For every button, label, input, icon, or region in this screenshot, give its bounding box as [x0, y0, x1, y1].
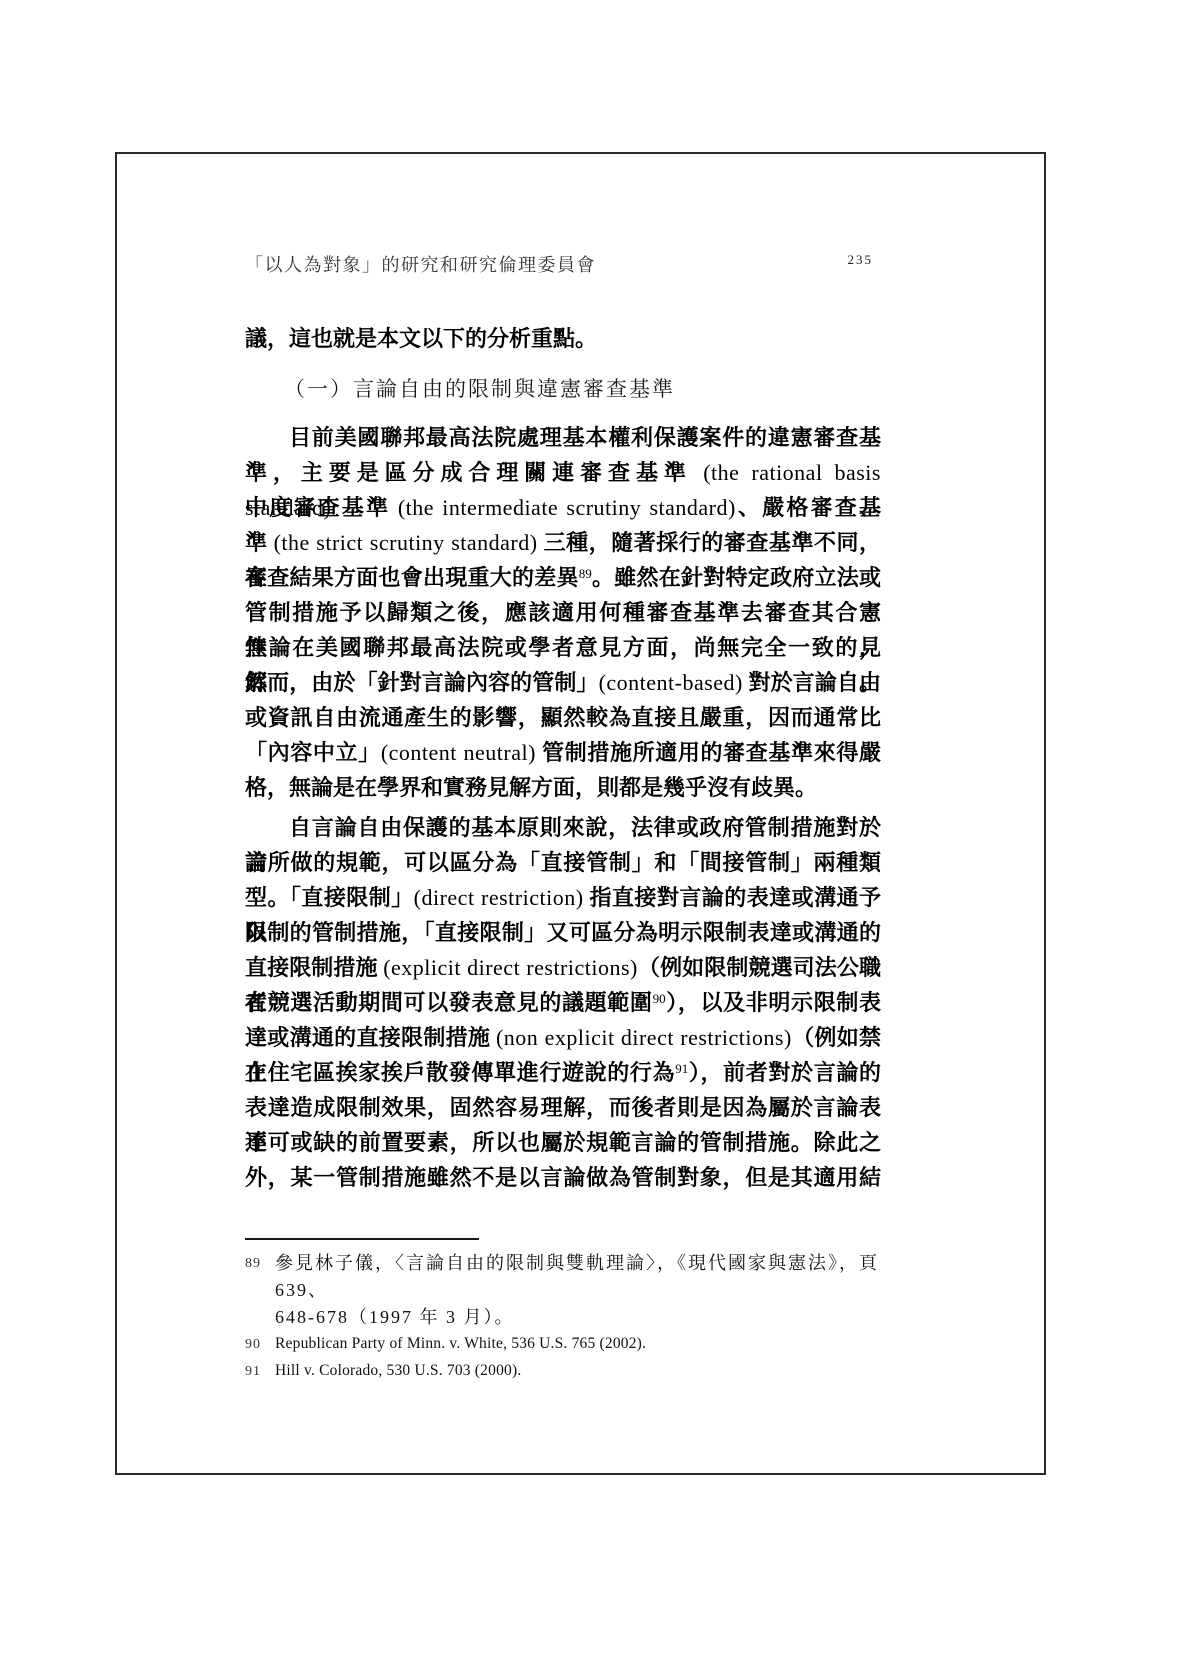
cjk-text-segment: 管制措施所適用的審查基準來得嚴 [536, 740, 881, 765]
text-line: 格，無論是在學界和實務見解方面，則都是幾乎沒有歧異。 [245, 770, 881, 805]
cjk-text-segment: 在住宅區挨家挨戶散發傳單進行遊說的行為 [245, 1060, 675, 1085]
cjk-text-segment: 然而，由於「針對言論內容的管制」 [245, 670, 599, 695]
text-line: 管制措施予以歸類之後，應該適用何種審查基準去審查其合憲性， [245, 595, 881, 630]
text-line: 直接限制措施 (explicit direct restrictions)（例如… [245, 950, 881, 985]
paragraph-2: 自言論自由保護的基本原則來說，法律或政府管制措施對於言論所做的規範，可以區分為「… [245, 810, 881, 1195]
paragraph-1: 目前美國聯邦最高法院處理基本權利保護案件的違憲審查基準，主要是區分成合理關連審查… [245, 420, 881, 805]
latin-text-segment: (content-based) [599, 670, 743, 695]
text-line: 目前美國聯邦最高法院處理基本權利保護案件的違憲審查基 [245, 420, 881, 455]
text-line: 或資訊自由流通產生的影響，顯然較為直接且嚴重，因而通常比 [245, 700, 881, 735]
latin-text-segment: (explicit direct restrictions) [383, 955, 638, 980]
cjk-text-segment: ），前者對於言論的 [688, 1060, 881, 1085]
cjk-text-segment: 對於言論自由 [743, 670, 881, 695]
latin-text-segment: (non explicit direct restrictions) [496, 1025, 792, 1050]
text-line: 然而，由於「針對言論內容的管制」(content-based) 對於言論自由 [245, 665, 881, 700]
running-header: 「以人為對象」的研究和研究倫理委員會 235 [245, 251, 881, 277]
cjk-text-segment: 論所做的規範，可以區分為「直接管制」和「間接管制」兩種類 [245, 850, 881, 875]
footnote-text: 參見林子儀，〈言論自由的限制與雙軌理論〉，《現代國家與憲法》，頁 639、648… [275, 1250, 895, 1331]
section-heading: （一）言論自由的限制與違憲審查基準 [284, 372, 884, 406]
footnote-line: 參見林子儀，〈言論自由的限制與雙軌理論〉，《現代國家與憲法》，頁 639、 [275, 1250, 895, 1304]
text-line: 「內容中立」(content neutral) 管制措施所適用的審查基準來得嚴 [245, 735, 881, 770]
cjk-text-segment: 目前美國聯邦最高法院處理基本權利保護案件的違憲審查基 [289, 425, 881, 450]
text-line: 在住宅區挨家挨戶散發傳單進行遊說的行為91），前者對於言論的 [245, 1055, 881, 1090]
cjk-text-segment: ），以及非明示限制表 [666, 990, 881, 1015]
text-line: 無論在美國聯邦最高法院或學者意見方面，尚無完全一致的見解。 [245, 630, 881, 665]
cjk-text-segment: 準 [245, 530, 274, 555]
footnote-marker: 91 [245, 1358, 275, 1385]
cjk-text-segment: 達或溝通的直接限制措施 [245, 1025, 496, 1050]
page-number: 235 [848, 252, 874, 268]
cjk-text-segment: 直接限制措施 [245, 955, 383, 980]
text-line: 外，某一管制措施雖然不是以言論做為管制對象，但是其適用結 [245, 1160, 881, 1195]
latin-text-segment: (the strict scrutiny standard) [274, 530, 538, 555]
cjk-text-segment: 型。「直接限制」 [245, 885, 414, 910]
footnote-item: 89參見林子儀，〈言論自由的限制與雙軌理論〉，《現代國家與憲法》，頁 639、6… [245, 1250, 895, 1331]
footnote-ref: 90 [653, 991, 666, 1006]
text-line: 審查結果方面也會出現重大的差異89。雖然在針對特定政府立法或 [245, 560, 881, 595]
cjk-text-segment: 外，某一管制措施雖然不是以言論做為管制對象，但是其適用結 [245, 1165, 881, 1190]
cjk-text-segment: 、嚴格審查基 [736, 495, 881, 520]
text-line: 準，主要是區分成合理關連審查基準 (the rational basis sta… [245, 455, 881, 490]
text-line: 限制的管制措施，「直接限制」又可區分為明示限制表達或溝通的 [245, 915, 881, 950]
footnote-ref: 89 [579, 566, 592, 581]
cjk-text-segment: 「內容中立」 [245, 740, 381, 765]
footnote-line: Republican Party of Minn. v. White, 536 … [275, 1331, 895, 1356]
opening-paragraph-line: 議，這也就是本文以下的分析重點。 [245, 321, 881, 356]
footnote-item: 91Hill v. Colorado, 530 U.S. 703 (2000). [245, 1358, 895, 1385]
latin-text-segment: (content neutral) [381, 740, 536, 765]
cjk-text-segment: 或資訊自由流通產生的影響，顯然較為直接且嚴重，因而通常比 [245, 705, 881, 730]
cjk-text-segment: 限制的管制措施，「直接限制」又可區分為明示限制表達或溝通的 [245, 920, 881, 945]
footnote-marker: 89 [245, 1250, 275, 1277]
cjk-text-segment: 準，主要是區分成合理關連審查基準 [245, 460, 703, 485]
footnotes-section: 89參見林子儀，〈言論自由的限制與雙軌理論〉，《現代國家與憲法》，頁 639、6… [245, 1250, 895, 1385]
latin-text-segment: (the intermediate scrutiny standard) [398, 495, 736, 520]
cjk-text-segment: 審查結果方面也會出現重大的差異 [245, 565, 579, 590]
footnote-text: Republican Party of Minn. v. White, 536 … [275, 1331, 895, 1356]
cjk-text-segment: 格，無論是在學界和實務見解方面，則都是幾乎沒有歧異。 [245, 775, 817, 800]
cjk-text-segment: 在競選活動期間可以發表意見的議題範圍 [245, 990, 653, 1015]
text-line: 論所做的規範，可以區分為「直接管制」和「間接管制」兩種類 [245, 845, 881, 880]
text-line: 自言論自由保護的基本原則來說，法律或政府管制措施對於言 [245, 810, 881, 845]
footnote-line: Hill v. Colorado, 530 U.S. 703 (2000). [275, 1358, 895, 1383]
footnote-line: 648-678（1997 年 3 月）。 [275, 1304, 895, 1331]
text-line: 中度審查基準 (the intermediate scrutiny standa… [245, 490, 881, 525]
scanned-document-page: { "header": { "title": "「以人為對象」的研究和研究倫理委… [0, 0, 1177, 1664]
footnote-separator [245, 1238, 479, 1240]
text-line: 表達造成限制效果，固然容易理解，而後者則是因為屬於言論表達 [245, 1090, 881, 1125]
latin-text-segment: (direct restriction) [414, 885, 584, 910]
cjk-text-segment: 不可或缺的前置要素，所以也屬於規範言論的管制措施。除此之 [245, 1130, 881, 1155]
footnote-ref: 91 [675, 1061, 688, 1076]
text-line: 型。「直接限制」(direct restriction) 指直接對言論的表達或溝… [245, 880, 881, 915]
text-line: 達或溝通的直接限制措施 (non explicit direct restric… [245, 1020, 881, 1055]
text-line: 不可或缺的前置要素，所以也屬於規範言論的管制措施。除此之 [245, 1125, 881, 1160]
text-line: 在競選活動期間可以發表意見的議題範圍90），以及非明示限制表 [245, 985, 881, 1020]
header-title: 「以人為對象」的研究和研究倫理委員會 [245, 251, 596, 277]
text-line: 準 (the strict scrutiny standard) 三種，隨著採行… [245, 525, 881, 560]
footnote-item: 90Republican Party of Minn. v. White, 53… [245, 1331, 895, 1358]
footnote-text: Hill v. Colorado, 530 U.S. 703 (2000). [275, 1358, 895, 1383]
cjk-text-segment: 。雖然在針對特定政府立法或 [592, 565, 881, 590]
footnote-marker: 90 [245, 1331, 275, 1358]
cjk-text-segment: 中度審查基準 [245, 495, 398, 520]
